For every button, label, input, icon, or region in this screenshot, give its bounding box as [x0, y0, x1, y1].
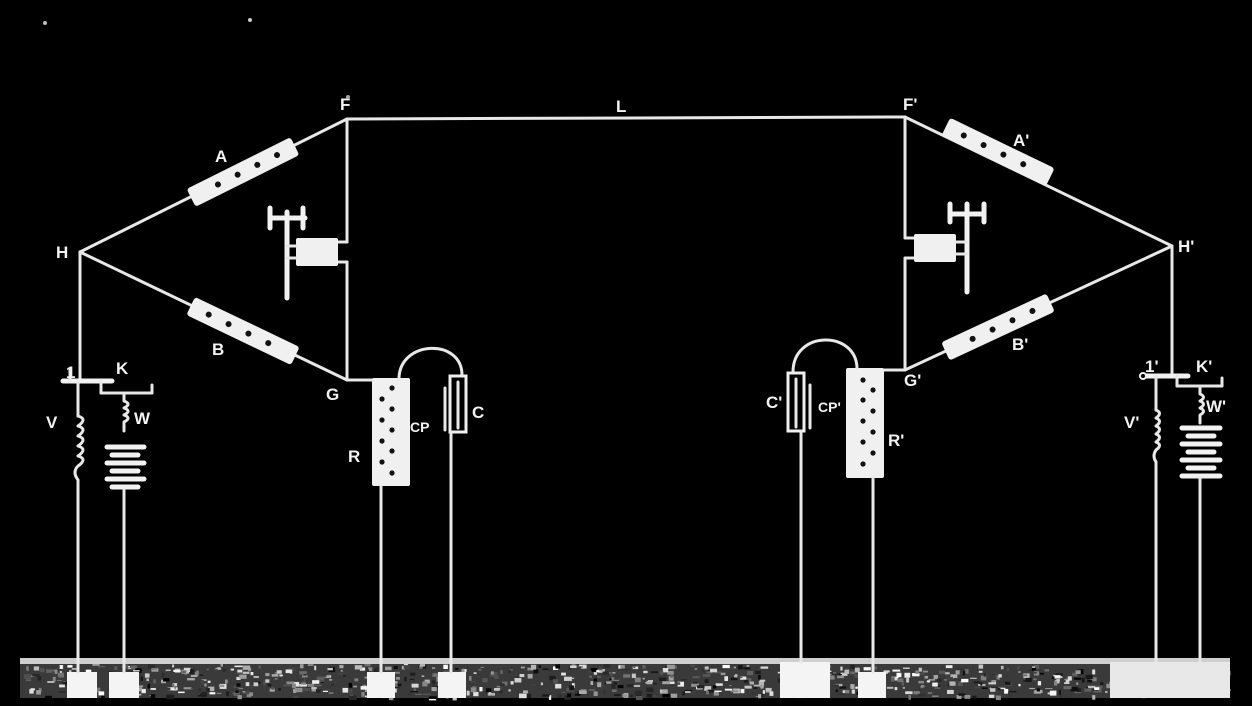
line-wire: [347, 117, 905, 119]
battery-right: [1182, 386, 1220, 662]
key-k: [63, 370, 152, 393]
label-r-prime: R': [888, 431, 904, 450]
label-w: W: [134, 409, 151, 428]
diagram-frame: L A B: [0, 0, 1252, 706]
earth-terminal: [780, 662, 830, 698]
label-a-prime: A': [1013, 131, 1029, 150]
label-key-contact-prime: 1': [1145, 357, 1159, 376]
coil-v-prime: [1154, 376, 1160, 662]
label-v-prime: V': [1124, 413, 1139, 432]
label-cp-prime: CP': [818, 399, 841, 415]
earth-terminal: [1110, 662, 1230, 698]
label-r: R: [348, 447, 360, 466]
right-station: A' B' H' F' G': [766, 95, 1226, 672]
label-c: C: [472, 403, 484, 422]
rheostat-r: [372, 378, 410, 486]
label-b-prime: B': [1012, 335, 1028, 354]
label-g: G: [326, 385, 339, 404]
earth-terminal: [367, 672, 395, 698]
circuit-diagram: L A B: [0, 0, 1252, 706]
label-line: L: [616, 97, 626, 116]
label-k-prime: K': [1196, 357, 1212, 376]
label-cp: CP: [410, 419, 429, 435]
resistance-b: [186, 297, 299, 365]
galvanometer-right: [914, 204, 984, 292]
resistance-b-prime: [941, 293, 1055, 360]
label-b: B: [212, 340, 224, 359]
left-station: A B H F G: [46, 95, 484, 672]
rheostat-r-prime: [846, 368, 884, 478]
label-a: A: [215, 147, 227, 166]
battery-left: [107, 393, 144, 672]
label-h-prime: H': [1178, 237, 1194, 256]
label-g-prime: G': [904, 371, 921, 390]
coil-v: [75, 381, 83, 672]
resistance-a-prime: [941, 118, 1054, 186]
earth-terminal: [438, 672, 466, 698]
ground-plate: [20, 658, 1231, 700]
earth-terminal: [109, 672, 139, 698]
label-key-contact: 1: [66, 363, 75, 382]
label-c-prime: C': [766, 393, 782, 412]
resistance-a: [187, 137, 300, 207]
condenser-c-prime: [788, 373, 810, 431]
condenser-c: [445, 376, 466, 432]
earth-terminal: [67, 672, 97, 698]
label-h: H: [56, 243, 68, 262]
label-k: K: [116, 359, 129, 378]
label-f-prime: F': [903, 95, 917, 114]
earth-terminal: [858, 672, 886, 698]
galvanometer-left: [270, 208, 338, 298]
label-v: V: [46, 413, 58, 432]
label-w-prime: W': [1206, 397, 1226, 416]
